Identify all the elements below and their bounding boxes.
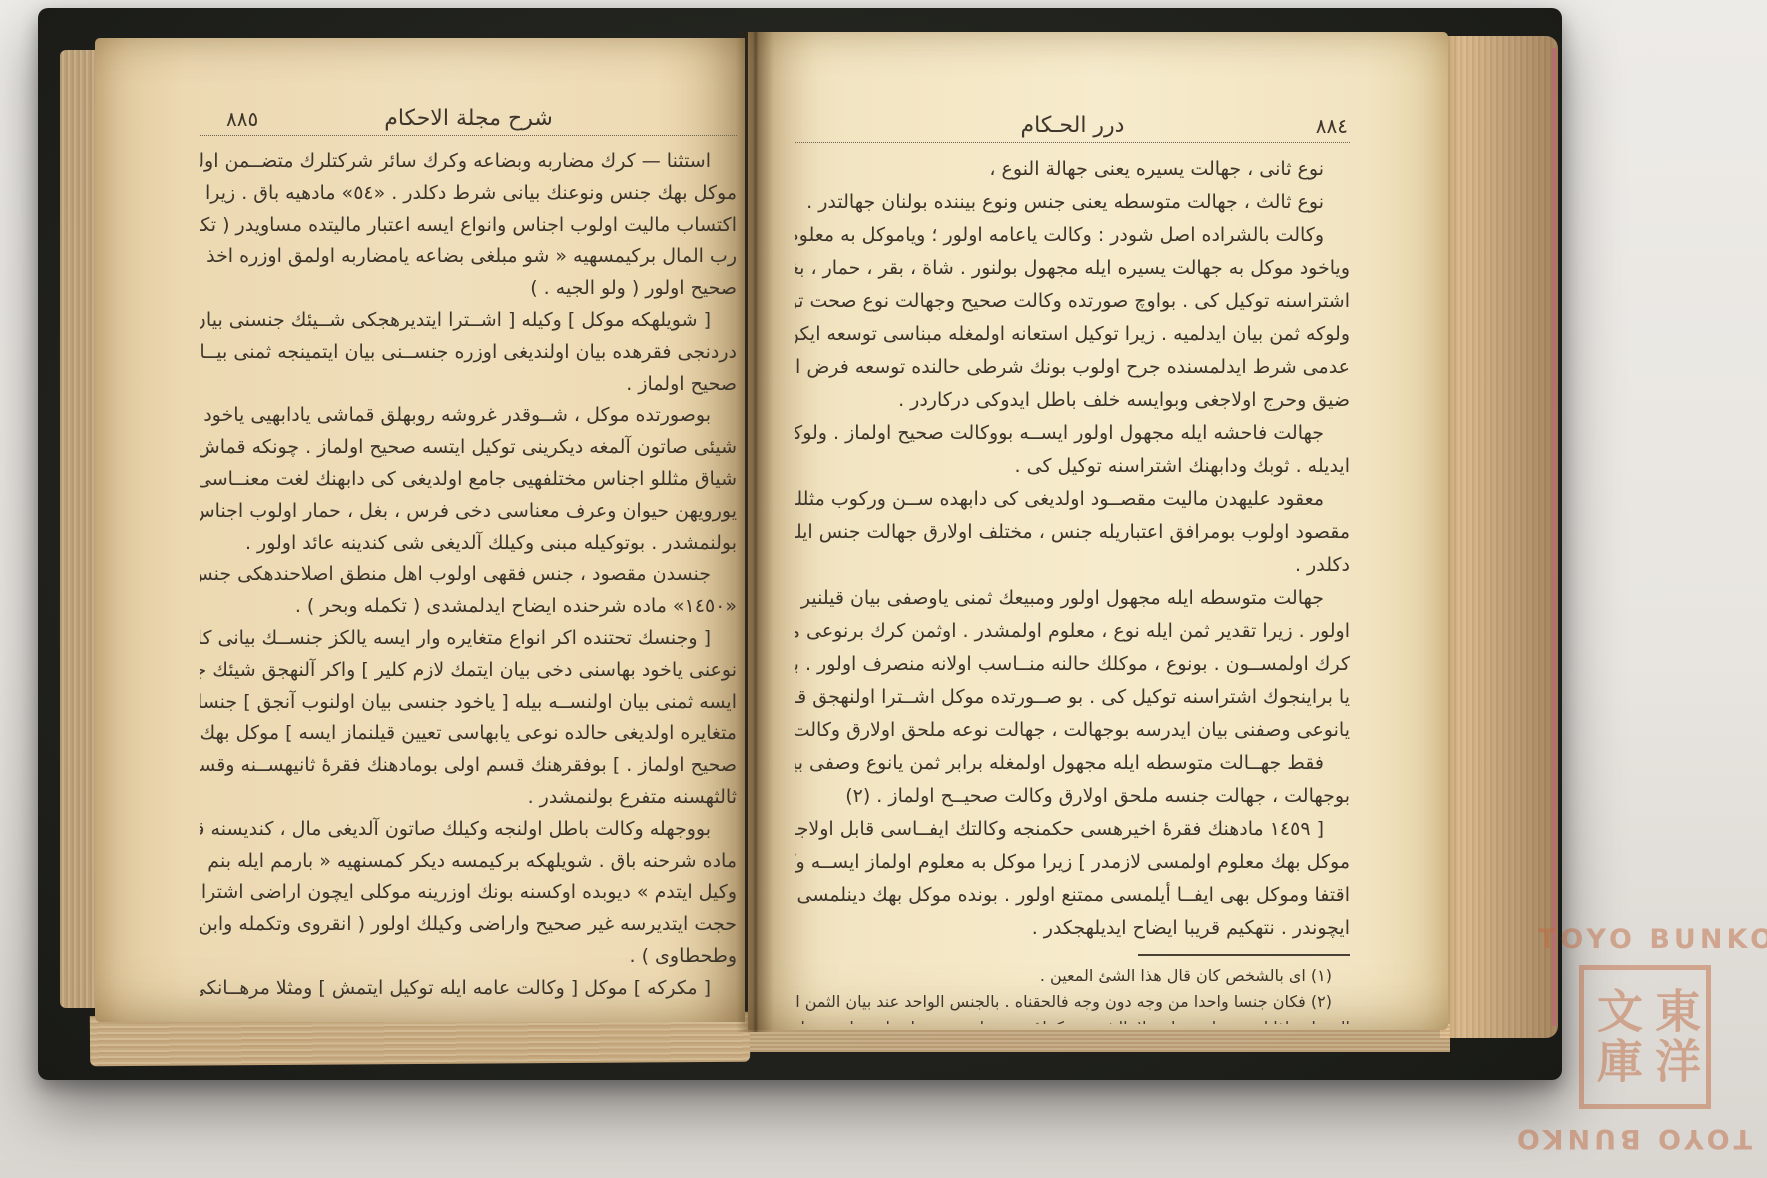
footnote-separator xyxy=(1138,954,1350,956)
right-page-body: نوع ثانى ، جهالت يسيره يعنى جهالة النوع … xyxy=(795,153,1350,945)
right-text-line: بوجهالت ، جهالت جنسه ملحق اولارق وكالت ص… xyxy=(795,780,1350,813)
left-text-line: موكل بهك جنس ونوعنك بيانى شرط دكلدر . «٥… xyxy=(200,178,737,210)
left-text-line: ايسه ثمنى بيان اولنســه بيله [ ياخود جنس… xyxy=(200,687,737,719)
left-text-line: نوعنى ياخود بهاسنى دخى بيان ايتمك لازم ك… xyxy=(200,655,737,687)
left-text-line: [ مكركه ] موكل [ وكالت عامه ايله توكيل ا… xyxy=(200,973,737,1005)
left-page-number: ٨٨٥ xyxy=(226,107,258,131)
left-text-line: صحيح اولماز . xyxy=(200,369,737,401)
left-text-line: متغايره اولديغى حالده نوعى يابهاسى تعيين… xyxy=(200,718,737,750)
right-page-footnotes: (١) اى بالشخص كان قال هذا الشئ المعين .(… xyxy=(795,963,1350,1024)
right-page: ٨٨٤ درر الحـكام نوع ثانى ، جهالت يسيره ي… xyxy=(748,32,1448,1030)
footnote-line: المختلف اذا لم يبين احدهما عملا بالشبهين… xyxy=(795,1015,1350,1024)
right-text-line: يانوعى وصفنى بيان ايدرسه بوجهالت ، جهالت… xyxy=(795,714,1350,747)
left-text-line: رب المال بركيمسهيه « شو مبلغى بضاعه يامض… xyxy=(200,241,737,273)
right-page-text: ٨٨٤ درر الحـكام نوع ثانى ، جهالت يسيره ي… xyxy=(795,112,1350,1024)
left-text-line: ماده شرحنه باق . شويلهكه بركيمسه ديكر كم… xyxy=(200,846,737,878)
left-text-line: جنسدن مقصود ، جنس فقهى اولوب اهل منطق اص… xyxy=(200,559,737,591)
left-text-line: ثالثهسنه متفرع بولنمشدر . xyxy=(200,782,737,814)
right-text-line: جهالت متوسطه ايله مجهول اولور ومبيعك ثمن… xyxy=(795,582,1350,615)
left-text-line: «١٤٥٠» ماده شرحنده ايضاح ايدلمشدى ( تكمل… xyxy=(200,591,737,623)
right-text-line: عدمى شرط ايدلمسنده جرح اولوب بونك شرطى ح… xyxy=(795,351,1350,384)
left-text-line: وطحطاوى ) . xyxy=(200,941,737,973)
right-text-line: ولوكه ثمن بيان ايدلميه . زيرا توكيل استع… xyxy=(795,318,1350,351)
footnote-line: (١) اى بالشخص كان قال هذا الشئ المعين . xyxy=(795,963,1350,989)
right-text-line: فقط جهــالت متوسطه ايله مجهول اولمغله بر… xyxy=(795,747,1350,780)
right-text-line: مقصود اولوب بومرافق اعتباريله جنس ، مختل… xyxy=(795,516,1350,549)
right-page-number: ٨٨٤ xyxy=(1316,114,1348,138)
watermark-text-top: TOYO BUNKO xyxy=(1538,924,1752,955)
right-text-line: كرك اولمســون . بونوع ، موكلك حالنه منــ… xyxy=(795,648,1350,681)
right-text-line: نوع ثالث ، جهالت متوسطه يعنى جنس ونوع بي… xyxy=(795,186,1350,219)
left-page-body: استثنا — كرك مضاربه وبضاعه وكرك سائر شرك… xyxy=(200,146,737,1005)
right-text-line: وكالت بالشراده اصل شودر : وكالت ياعامه ا… xyxy=(795,219,1350,252)
left-text-line: حجت ايتديرسه غير صحيح واراضى وكيلك اولور… xyxy=(200,909,737,941)
left-text-line: صحيح اولور ( ولو الجيه . ) xyxy=(200,273,737,305)
toyo-bunko-seal-icon: 東洋文庫 xyxy=(1579,965,1711,1109)
left-text-line: دردنجى فقرهده بيان اولنديغى اوزره جنســن… xyxy=(200,337,737,369)
left-text-line: بووجهله وكالت باطل اولنجه وكيلك صاتون آل… xyxy=(200,814,737,846)
left-page-title: شرح مجلة الاحكام xyxy=(200,105,737,133)
library-watermark: TOYO BUNKO 東洋文庫 TOYO BUNKO xyxy=(1538,924,1752,1154)
book-gutter xyxy=(736,32,774,1032)
page-edges-fore xyxy=(1440,36,1558,1038)
page-edges-left xyxy=(60,50,96,1008)
left-text-line: اكتساب ماليت اولوب اجناس وانواع ايسه اعت… xyxy=(200,210,737,242)
right-text-line: جهالت فاحشه ايله مجهول اولور ايســه بووك… xyxy=(795,417,1350,450)
right-text-line: ضيق وحرج اولاجغى وبوايسه خلف باطل ايدوكى… xyxy=(795,384,1350,417)
footnote-line: (٢) فكان جنسا واحدا من وجه دون وجه فالحق… xyxy=(795,989,1350,1015)
left-text-line: شيئى صاتون آلمغه ديكرينى توكيل ايتسه صحي… xyxy=(200,432,737,464)
left-text-line: صحيح اولماز . ] بوفقرهنك قسم اولى بوماده… xyxy=(200,750,737,782)
right-text-line: ايديله . ثوبك ودابهنك اشتراسنه توكيل كى … xyxy=(795,450,1350,483)
right-text-line: يا براينجوك اشتراسنه توكيل كى . بو صــور… xyxy=(795,681,1350,714)
right-text-line: اشتراسنه توكيل كى . بواوچ صورتده وكالت ص… xyxy=(795,285,1350,318)
right-text-line: اقتفا وموكل بهى ايفــا أيلمسى ممتنع اولو… xyxy=(795,879,1350,912)
left-page: ٨٨٥ شرح مجلة الاحكام استثنا — كرك مضاربه… xyxy=(95,38,745,1022)
right-page-header: ٨٨٤ درر الحـكام xyxy=(795,112,1350,143)
left-text-line: يورويهن حيوان وعرف معناسى دخى فرس ، بغل … xyxy=(200,496,737,528)
watermark-text-bottom: TOYO BUNKO xyxy=(1538,1123,1752,1154)
book-cover: ٨٨٥ شرح مجلة الاحكام استثنا — كرك مضاربه… xyxy=(38,8,1562,1080)
left-page-header: ٨٨٥ شرح مجلة الاحكام xyxy=(200,105,737,136)
left-page-text: ٨٨٥ شرح مجلة الاحكام استثنا — كرك مضاربه… xyxy=(200,105,737,1015)
right-text-line: معقود عليهدن ماليت مقصــود اولديغى كى دا… xyxy=(795,483,1350,516)
left-text-line: [ شويلهكه موكل ] وكيله [ اشــترا ايتديره… xyxy=(200,305,737,337)
left-text-line: بولنمشدر . بوتوكيله مبنى وكيلك آلديغى شى… xyxy=(200,528,737,560)
left-text-line: شياق مثللو اجناس مختلفهيى جامع اولديغى ك… xyxy=(200,464,737,496)
book-photo: ٨٨٥ شرح مجلة الاحكام استثنا — كرك مضاربه… xyxy=(0,0,1767,1178)
right-text-line: [ ١٤٥٩ مادهنك فقرهٔ اخيرهسى حكمنجه وكالت… xyxy=(795,813,1350,846)
left-text-line: وكيل ايتدم » ديوبده اوكسنه بونك اوزرينه … xyxy=(200,877,737,909)
right-text-line: ايچوندر . نتهكيم قريبا ايضاح ايديلهجكدر … xyxy=(795,912,1350,945)
left-text-line: بوصورتده موكل ، شــوقدر غروشه روبهلق قما… xyxy=(200,400,737,432)
right-text-line: اولور . زيرا تقدير ثمن ايله نوع ، معلوم … xyxy=(795,615,1350,648)
right-text-line: وياخود موكل به جهالت يسيره ايله مجهول بو… xyxy=(795,252,1350,285)
right-page-title: درر الحـكام xyxy=(795,112,1350,140)
right-text-line: دكلدر . xyxy=(795,549,1350,582)
left-text-line: استثنا — كرك مضاربه وبضاعه وكرك سائر شرك… xyxy=(200,146,737,178)
right-text-line: موكل بهك معلوم اولمسى لازمدر ] زيرا موكل… xyxy=(795,846,1350,879)
left-text-line: [ وجنسك تحتنده اكر انواع متغايره وار ايس… xyxy=(200,623,737,655)
right-text-line: نوع ثانى ، جهالت يسيره يعنى جهالة النوع … xyxy=(795,153,1350,186)
fore-edge-tint-line xyxy=(1552,48,1556,1026)
